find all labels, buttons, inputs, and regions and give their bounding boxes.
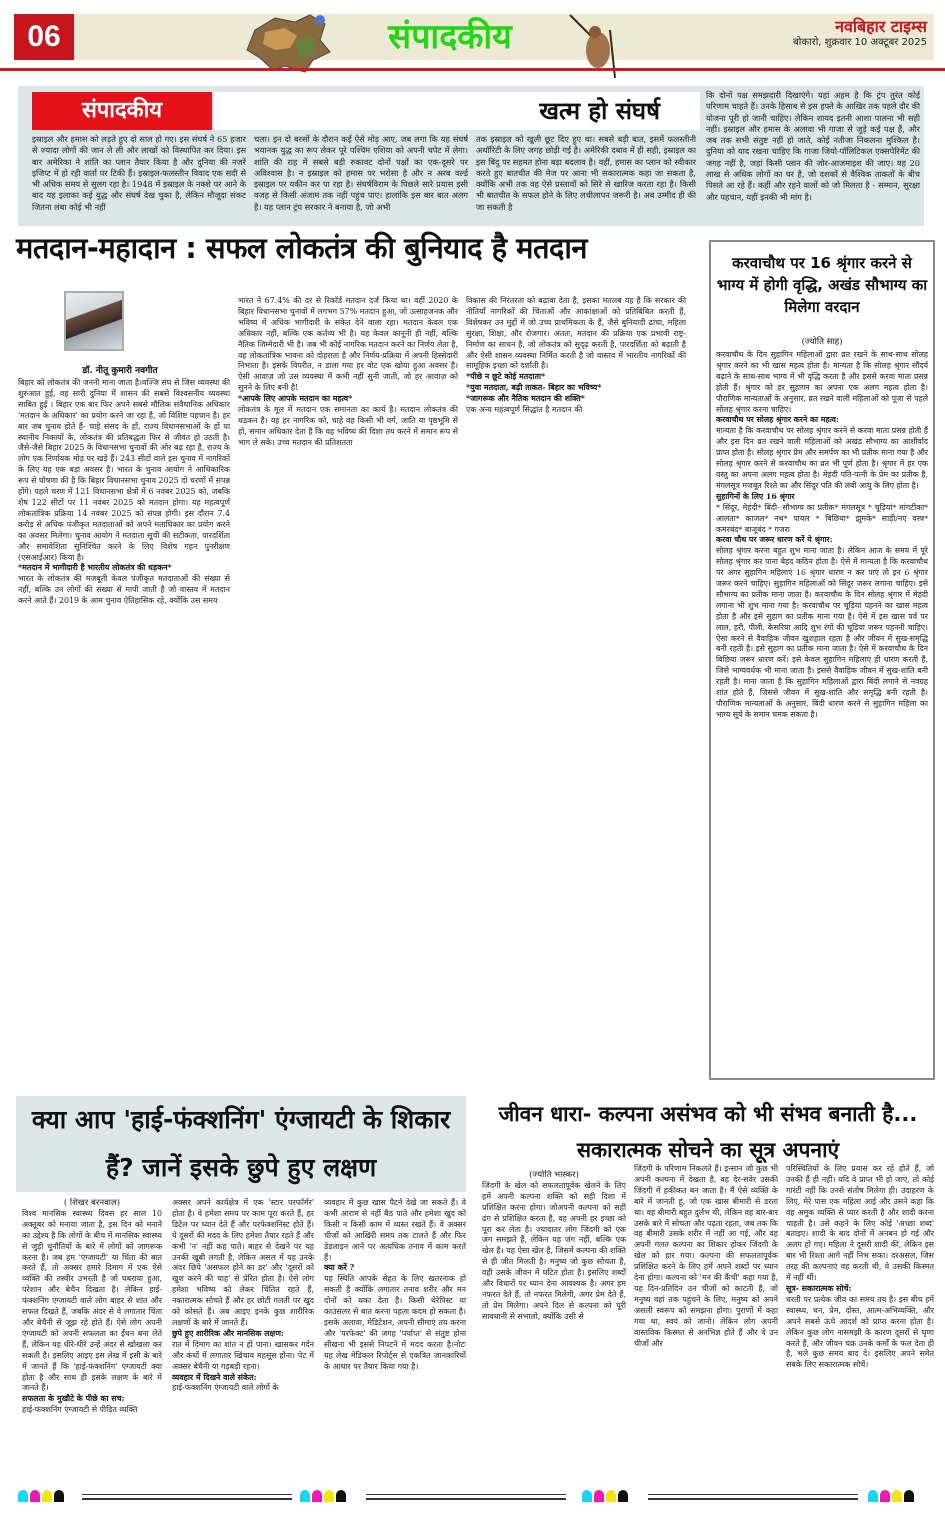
- vote-article-headline: मतदान-महादान : सफल लोकतंत्र की बुनियाद ह…: [16, 226, 696, 270]
- subheading: *जागरूक और नैतिक मतदान की शक्ति*: [466, 394, 686, 405]
- vote-article-column-1: बिहार को लोकतंत्र की जननी माना जाता है।व…: [18, 378, 230, 1090]
- paragraph: अक्सर अपने कार्यक्षेत्र में एक 'स्टार पर…: [172, 1198, 314, 1329]
- subheading: करवाचौथ पर सोलह श्रृंगार करने का महत्व:: [716, 415, 928, 426]
- editorial-tag: संपादकीय: [32, 92, 212, 130]
- paragraph: जिंदगी के परिणाम निकलते हैं। इन्सान जो क…: [634, 1164, 778, 1349]
- registration-line: [366, 1494, 566, 1500]
- paragraph: परिस्थितियों के लिए प्रयास कर रहे होते ह…: [786, 1164, 934, 1284]
- paragraph: एक अन्य महत्वपूर्ण सिद्धांत है मतदान की: [466, 405, 686, 416]
- anxiety-author: ( शिखर बरनवाल): [22, 1198, 162, 1209]
- editorial-title: खत्म हो संघर्ष: [539, 92, 660, 130]
- karwachauth-headline: करवाचौथ पर 16 श्रृंगार करने से भाग्य में…: [716, 252, 928, 318]
- jeevan-dhara-headline: जीवन धारा- कल्पना असंभव को भी संभव बनाती…: [478, 1096, 938, 1168]
- newspaper-name: नवबिहार टाइम्स: [793, 18, 927, 36]
- shringar-list: * सिंदूर, मेहंदी* बिंदी- सौभाग्य का प्रत…: [716, 503, 928, 536]
- karwachauth-body: करवाचौथ के दिन सुहागिन महिलाओं द्वारा व्…: [716, 350, 928, 1074]
- paragraph: भारत के लोकतंत्र की मजबूती केवल पंजीकृत …: [18, 574, 230, 607]
- editorial-box: संपादकीय खत्म हो संघर्ष इस्राइल और हमास …: [18, 86, 924, 226]
- paragraph: सोलह श्रृंगार करना बहुत शुभ माना जाता है…: [716, 546, 928, 721]
- paragraph: करवाचौथ के दिन सुहागिन महिलाओं द्वारा व्…: [716, 350, 928, 415]
- vote-article-column-2: भारत ने 67.4% की दर से रिकॉर्ड मतदान दर्…: [238, 296, 458, 1090]
- subheading: *युवा मतदाता, बढ़ी ताकत- बिहार का भविष्य…: [466, 383, 686, 394]
- registration-mark: [582, 1490, 628, 1506]
- author-photo: [64, 291, 124, 351]
- anxiety-column-3: व्यवहार में कुछ खास पैटर्न देखे जा सकते …: [324, 1198, 466, 1480]
- dateline: बोकारो, शुक्रवार 10 अक्टूबर 2025: [793, 36, 927, 50]
- jeevan-author: (ज्योति भास्कर): [482, 1170, 626, 1181]
- subheading: सुहागिनों के लिए 16 श्रृंगार: [716, 492, 928, 503]
- editorial-column-2: चला। इन दो बरसों के दौरान कई ऐसे मोड़ आए…: [254, 134, 468, 224]
- subheading: *मतदान में भागीदारी है भारतीय लोकतंत्र क…: [18, 563, 230, 574]
- karwachauth-author: (ज्योति साह): [716, 336, 928, 348]
- state-map-collage-icon: [235, 10, 345, 75]
- paragraph: व्यवहार में कुछ खास पैटर्न देखे जा सकते …: [324, 1198, 466, 1263]
- brand-block: नवबिहार टाइम्स बोकारो, शुक्रवार 10 अक्टू…: [793, 18, 927, 50]
- subheading: *आपके लिए आपके मतदान का महत्व*: [238, 394, 458, 405]
- registration-line: [648, 1494, 858, 1500]
- paragraph: यह स्थिति आपके सेहत के लिए खतरनाक हो सकत…: [324, 1274, 466, 1372]
- paragraph: विकास की निरंतरता को बढ़ावा देता है, इसक…: [466, 296, 686, 372]
- registration-line: [82, 1494, 292, 1500]
- paragraph: हाई-फंक्शनिंग एंग्जायटी वाले लोगों के: [172, 1383, 314, 1394]
- anxiety-column-2: अक्सर अपने कार्यक्षेत्र में एक 'स्टार पर…: [172, 1198, 314, 1480]
- subheading: छुपे हुए शारीरिक और मानसिक लक्षण:: [172, 1329, 314, 1340]
- paragraph: लोकतंत्र के मूल में मतदान एक समानता का क…: [238, 405, 458, 449]
- section-title: संपादकीय: [370, 14, 530, 60]
- editorial-column-1: इस्राइल और हमास को लड़ते हुए दो साल हो ग…: [32, 134, 246, 224]
- editorial-column-3: तक इस्राइल को खुली छूट दिए हुए था। सबसे …: [476, 134, 696, 224]
- editorial-column-4: कि दोनों पक्ष समझदारी दिखाएंगे। यहां अहम…: [706, 90, 920, 224]
- vote-article-author: डॉ. नीतू कुमारी नवगीत: [20, 365, 220, 377]
- vote-article-column-3: विकास की निरंतरता को बढ़ावा देता है, इसक…: [466, 296, 686, 1090]
- masthead-divider: [0, 68, 945, 71]
- paragraph: विश्व मानसिक स्वास्थ्य दिवस हर साल 10 अक…: [22, 1209, 162, 1394]
- registration-mark: [18, 1490, 64, 1506]
- subheading: क्या करें ?: [324, 1263, 466, 1274]
- jeevan-column-3: परिस्थितियों के लिए प्रयास कर रहे होते ह…: [786, 1164, 934, 1480]
- anxiety-headline: क्या आप 'हाई-फंक्शनिंग' एंग्जायटी के शिक…: [16, 1096, 466, 1192]
- registration-mark: [868, 1490, 914, 1506]
- registration-mark: [300, 1490, 346, 1506]
- subheading: सफलता के मुखौटे के पीछे का सच:: [22, 1394, 162, 1405]
- subheading: *पीछे न छूटे कोई मतदाता*: [466, 372, 686, 383]
- page-number: 06: [14, 14, 74, 60]
- subheading: सूत्र- सकारात्मक सोचें:: [786, 1284, 934, 1295]
- paragraph: भारत ने 67.4% की दर से रिकॉर्ड मतदान दर्…: [238, 296, 458, 394]
- anxiety-column-1: ( शिखर बरनवाल) विश्व मानसिक स्वास्थ्य दि…: [22, 1198, 162, 1480]
- paragraph: बिहार को लोकतंत्र की जननी माना जाता है।व…: [18, 378, 230, 563]
- subheading: करवा चौथ पर जरूर धारण करें ये श्रृंगार:: [716, 535, 928, 546]
- editorial-title-box: खत्म हो संघर्ष: [214, 92, 700, 130]
- paragraph: जिंदगी के खेल को सफलतापूर्वक खेलने के लि…: [482, 1181, 626, 1323]
- jeevan-column-2: जिंदगी के परिणाम निकलते हैं। इन्सान जो क…: [634, 1164, 778, 1480]
- paragraph: रात में दिमाग का शांत न हो पाना। खासकर ग…: [172, 1340, 314, 1373]
- paragraph: मान्यता है कि करवाचौथ पर सोलह श्रृंगार क…: [716, 426, 928, 491]
- subheading: व्यवहार में दिखने वाले संकेत:: [172, 1373, 314, 1384]
- paragraph: धरती पर प्रत्येक जीव का समय तय है। इस बी…: [786, 1295, 934, 1371]
- paragraph: हाई-फंक्शनिंग एंग्जायटी से पीड़ित व्यक्त…: [22, 1405, 162, 1416]
- jeevan-column-1: (ज्योति भास्कर) जिंदगी के खेल को सफलतापू…: [482, 1170, 626, 1480]
